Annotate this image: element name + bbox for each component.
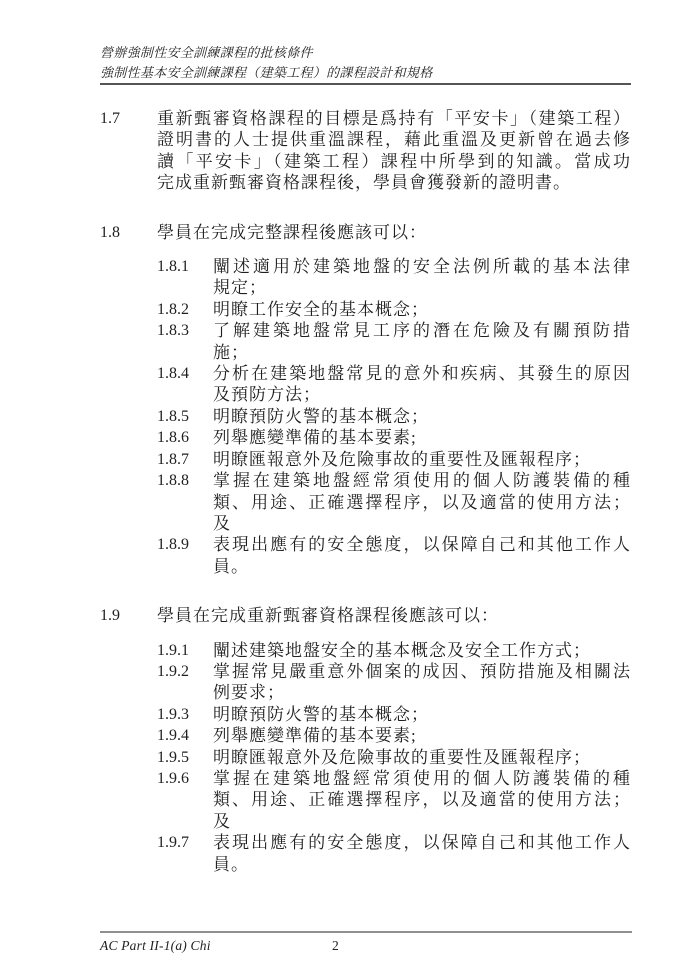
subitem-number: 1.9.3 xyxy=(157,704,213,725)
subitem-line: 明瞭預防火警的基本概念； xyxy=(213,704,631,725)
subitem-1.9.4: 1.9.4列舉應變準備的基本要素; xyxy=(157,725,631,746)
page-number: 2 xyxy=(332,937,339,954)
subitem-text: 闡述適用於建築地盤的安全法例所載的基本法律規定； xyxy=(213,256,631,299)
section-1.9: 1.9學員在完成重新甄審資格課程後應該可以：1.9.1闡述建築地盤安全的基本概念… xyxy=(100,605,631,875)
section-number: 1.7 xyxy=(100,108,157,194)
subitem-line: 明瞭工作安全的基本概念； xyxy=(213,299,631,320)
subitem-list: 1.9.1闡述建築地盤安全的基本概念及安全工作方式；1.9.2掌握常見嚴重意外個… xyxy=(157,640,631,875)
subitem-line: 明瞭匯報意外及危險事故的重要性及匯報程序； xyxy=(213,449,631,470)
section-text: 學員在完成重新甄審資格課程後應該可以：1.9.1闡述建築地盤安全的基本概念及安全… xyxy=(157,605,631,875)
subitem-number: 1.8.7 xyxy=(157,449,213,470)
subitem-number: 1.8.2 xyxy=(157,299,213,320)
subitem-number: 1.8.5 xyxy=(157,406,213,427)
subitem-line: 規定； xyxy=(213,277,631,298)
subitem-text: 明瞭匯報意外及危險事故的重要性及匯報程序； xyxy=(213,449,631,470)
subitem-1.8.8: 1.8.8掌握在建築地盤經常須使用的個人防護裝備的種類、用途、正確選擇程序，以及… xyxy=(157,470,631,534)
section-line: 學員在完成完整課程後應該可以： xyxy=(157,222,631,243)
subitem-1.9.6: 1.9.6掌握在建築地盤經常須使用的個人防護裝備的種類、用途、正確選擇程序，以及… xyxy=(157,768,631,832)
subitem-number: 1.9.2 xyxy=(157,661,213,704)
subitem-line: 掌握在建築地盤經常須使用的個人防護裝備的種 xyxy=(213,470,631,491)
header-rule xyxy=(100,83,631,85)
subitem-number: 1.9.1 xyxy=(157,640,213,661)
document-reference: AC Part II-1(a) Chi xyxy=(100,938,211,953)
subitem-text: 掌握在建築地盤經常須使用的個人防護裝備的種類、用途、正確選擇程序，以及適當的使用… xyxy=(213,768,631,832)
subitem-number: 1.8.3 xyxy=(157,320,213,363)
subitem-line: 類、用途、正確選擇程序，以及適當的使用方法； xyxy=(213,789,631,810)
document-page: 營辦強制性安全訓練課程的批核條件 強制性基本安全訓練課程（建築工程）的課程設計和… xyxy=(0,0,693,980)
section-1.8: 1.8學員在完成完整課程後應該可以：1.8.1闡述適用於建築地盤的安全法例所載的… xyxy=(100,222,631,578)
subitem-text: 表現出應有的安全態度，以保障自己和其他工作人員。 xyxy=(213,832,631,875)
subitem-number: 1.9.7 xyxy=(157,832,213,875)
subitem-line: 掌握在建築地盤經常須使用的個人防護裝備的種 xyxy=(213,768,631,789)
subitem-line: 及 xyxy=(213,513,631,534)
subitem-1.8.4: 1.8.4分析在建築地盤常見的意外和疾病、其發生的原因及預防方法； xyxy=(157,363,631,406)
subitem-1.8.2: 1.8.2明瞭工作安全的基本概念； xyxy=(157,299,631,320)
subitem-text: 明瞭匯報意外及危險事故的重要性及匯報程序； xyxy=(213,747,631,768)
subitem-number: 1.8.9 xyxy=(157,534,213,577)
subitem-line: 列舉應變準備的基本要素; xyxy=(213,725,631,746)
document-body: 1.7重新甄審資格課程的目標是爲持有「平安卡」（建築工程）證明書的人士提供重溫課… xyxy=(100,108,631,903)
footer-rule xyxy=(100,931,632,933)
subitem-text: 掌握在建築地盤經常須使用的個人防護裝備的種類、用途、正確選擇程序，以及適當的使用… xyxy=(213,470,631,534)
subitem-line: 明瞭匯報意外及危險事故的重要性及匯報程序； xyxy=(213,747,631,768)
subitem-line: 及 xyxy=(213,811,631,832)
subitem-line: 類、用途、正確選擇程序，以及適當的使用方法； xyxy=(213,492,631,513)
subitem-1.8.3: 1.8.3了解建築地盤常見工序的潛在危險及有關預防措施； xyxy=(157,320,631,363)
subitem-text: 明瞭工作安全的基本概念； xyxy=(213,299,631,320)
subitem-number: 1.8.6 xyxy=(157,427,213,448)
subitem-text: 掌握常見嚴重意外個案的成因、預防措施及相關法例要求； xyxy=(213,661,631,704)
subitem-text: 明瞭預防火警的基本概念； xyxy=(213,704,631,725)
section-line: 證明書的人士提供重溫課程，藉此重溫及更新曾在過去修 xyxy=(157,129,631,150)
subitem-1.9.1: 1.9.1闡述建築地盤安全的基本概念及安全工作方式； xyxy=(157,640,631,661)
subitem-line: 列舉應變準備的基本要素; xyxy=(213,427,631,448)
subitem-line: 及預防方法； xyxy=(213,384,631,405)
subitem-number: 1.8.8 xyxy=(157,470,213,534)
header-title-line-1: 營辦強制性安全訓練課程的批核條件 xyxy=(100,43,631,63)
subitem-line: 例要求； xyxy=(213,682,631,703)
subitem-text: 闡述建築地盤安全的基本概念及安全工作方式； xyxy=(213,640,631,661)
section-line: 重新甄審資格課程的目標是爲持有「平安卡」（建築工程） xyxy=(157,108,631,129)
section-number: 1.9 xyxy=(100,605,157,875)
subitem-number: 1.9.5 xyxy=(157,747,213,768)
subitem-text: 明瞭預防火警的基本概念； xyxy=(213,406,631,427)
section-line: 讀「平安卡」（建築工程）課程中所學到的知識。當成功 xyxy=(157,151,631,172)
subitem-number: 1.9.6 xyxy=(157,768,213,832)
subitem-number: 1.8.1 xyxy=(157,256,213,299)
subitem-line: 闡述適用於建築地盤的安全法例所載的基本法律 xyxy=(213,256,631,277)
subitem-line: 明瞭預防火警的基本概念； xyxy=(213,406,631,427)
section-line: 學員在完成重新甄審資格課程後應該可以： xyxy=(157,605,631,626)
subitem-text: 了解建築地盤常見工序的潛在危險及有關預防措施； xyxy=(213,320,631,363)
subitem-line: 掌握常見嚴重意外個案的成因、預防措施及相關法 xyxy=(213,661,631,682)
subitem-line: 員。 xyxy=(213,556,631,577)
subitem-text: 列舉應變準備的基本要素; xyxy=(213,725,631,746)
subitem-1.9.5: 1.9.5明瞭匯報意外及危險事故的重要性及匯報程序； xyxy=(157,747,631,768)
subitem-text: 列舉應變準備的基本要素; xyxy=(213,427,631,448)
page-header: 營辦強制性安全訓練課程的批核條件 強制性基本安全訓練課程（建築工程）的課程設計和… xyxy=(100,43,631,82)
subitem-line: 表現出應有的安全態度，以保障自己和其他工作人 xyxy=(213,534,631,555)
subitem-1.8.9: 1.8.9表現出應有的安全態度，以保障自己和其他工作人員。 xyxy=(157,534,631,577)
subitem-number: 1.8.4 xyxy=(157,363,213,406)
header-title-line-2: 強制性基本安全訓練課程（建築工程）的課程設計和規格 xyxy=(100,63,631,83)
subitem-1.8.1: 1.8.1闡述適用於建築地盤的安全法例所載的基本法律規定； xyxy=(157,256,631,299)
subitem-line: 闡述建築地盤安全的基本概念及安全工作方式； xyxy=(213,640,631,661)
section-text: 重新甄審資格課程的目標是爲持有「平安卡」（建築工程）證明書的人士提供重溫課程，藉… xyxy=(157,108,631,194)
subitem-1.8.6: 1.8.6列舉應變準備的基本要素; xyxy=(157,427,631,448)
subitem-line: 了解建築地盤常見工序的潛在危險及有關預防措 xyxy=(213,320,631,341)
subitem-1.9.3: 1.9.3明瞭預防火警的基本概念； xyxy=(157,704,631,725)
page-footer: AC Part II-1(a) Chi 2 xyxy=(100,937,632,954)
subitem-number: 1.9.4 xyxy=(157,725,213,746)
section-line: 完成重新甄審資格課程後，學員會獲發新的證明書。 xyxy=(157,172,631,193)
subitem-text: 分析在建築地盤常見的意外和疾病、其發生的原因及預防方法； xyxy=(213,363,631,406)
subitem-line: 分析在建築地盤常見的意外和疾病、其發生的原因 xyxy=(213,363,631,384)
section-text: 學員在完成完整課程後應該可以：1.8.1闡述適用於建築地盤的安全法例所載的基本法… xyxy=(157,222,631,578)
section-1.7: 1.7重新甄審資格課程的目標是爲持有「平安卡」（建築工程）證明書的人士提供重溫課… xyxy=(100,108,631,194)
section-number: 1.8 xyxy=(100,222,157,578)
subitem-line: 施； xyxy=(213,342,631,363)
subitem-1.9.2: 1.9.2掌握常見嚴重意外個案的成因、預防措施及相關法例要求； xyxy=(157,661,631,704)
subitem-list: 1.8.1闡述適用於建築地盤的安全法例所載的基本法律規定；1.8.2明瞭工作安全… xyxy=(157,256,631,577)
subitem-1.8.5: 1.8.5明瞭預防火警的基本概念； xyxy=(157,406,631,427)
subitem-1.8.7: 1.8.7明瞭匯報意外及危險事故的重要性及匯報程序； xyxy=(157,449,631,470)
subitem-text: 表現出應有的安全態度，以保障自己和其他工作人員。 xyxy=(213,534,631,577)
subitem-line: 表現出應有的安全態度，以保障自己和其他工作人 xyxy=(213,832,631,853)
subitem-line: 員。 xyxy=(213,854,631,875)
subitem-1.9.7: 1.9.7表現出應有的安全態度，以保障自己和其他工作人員。 xyxy=(157,832,631,875)
